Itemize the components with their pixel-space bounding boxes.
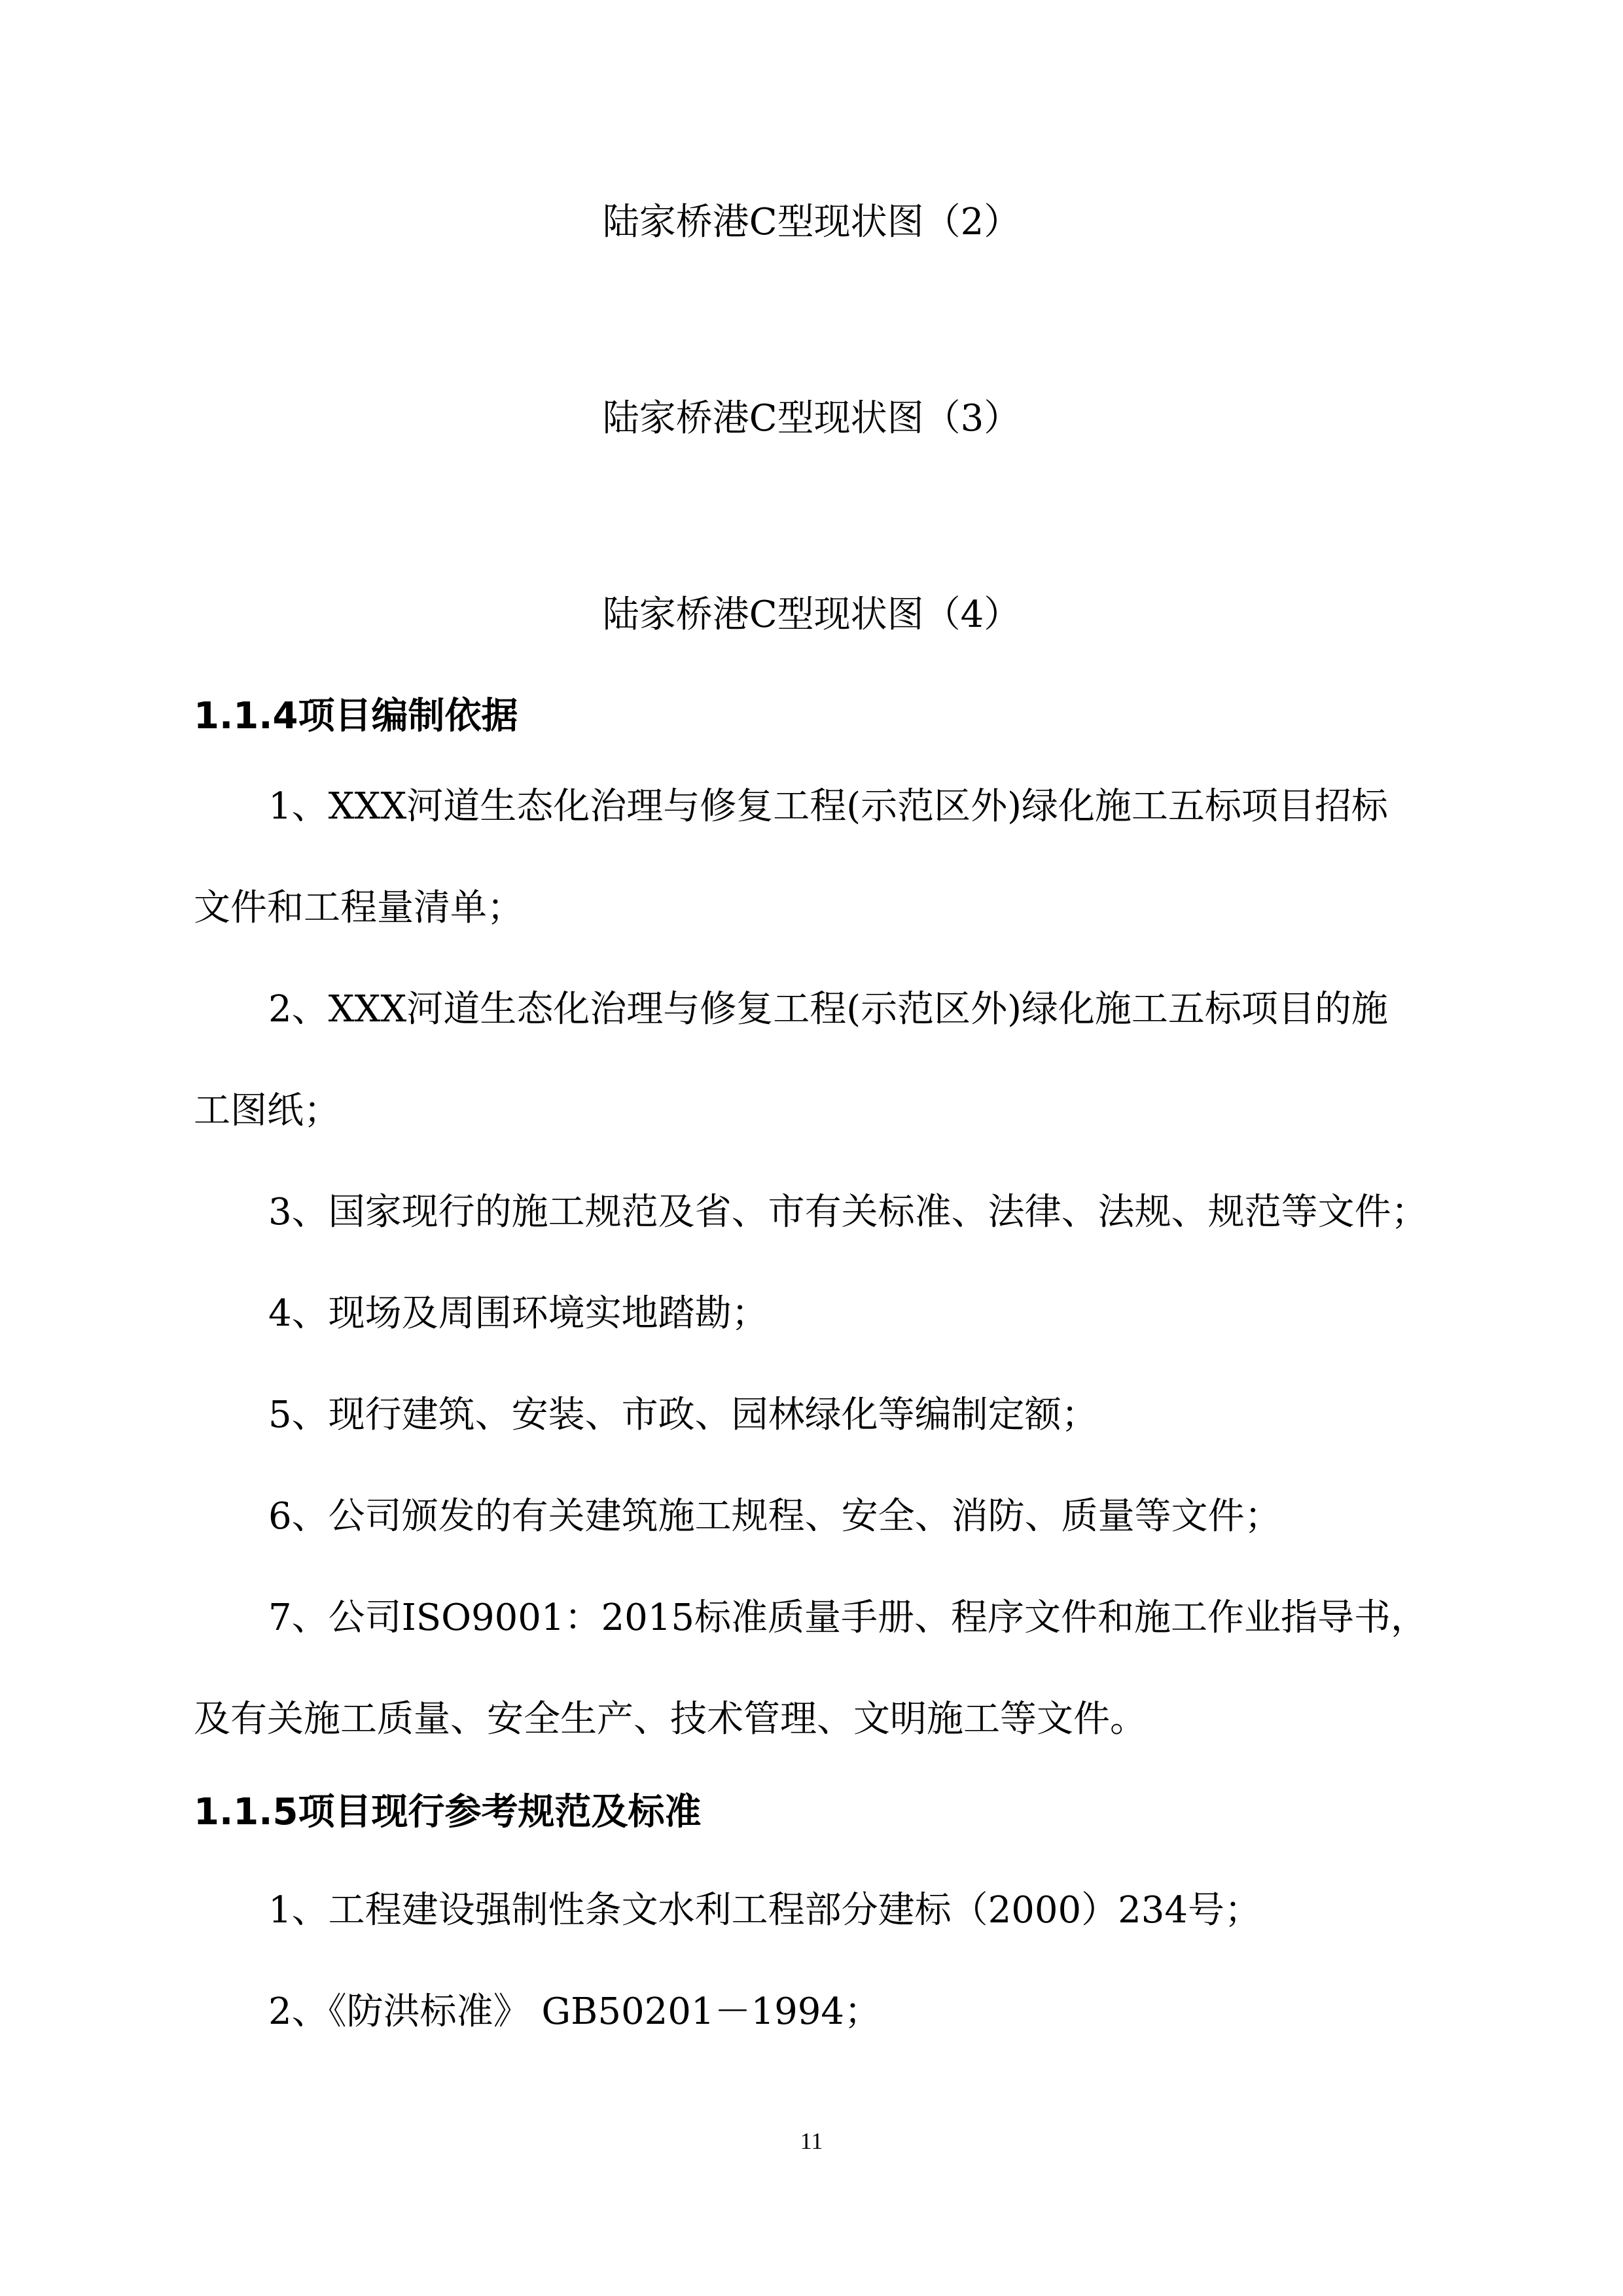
list-item-line: 1、工程建设强制性条文水利工程部分建标（2000）234号；: [268, 1888, 1261, 1934]
list-item-line: 2、XXX河道生态化治理与修复工程(示范区外)绿化施工五标项目的施: [268, 987, 1388, 1033]
list-item-line: 4、现场及周围环境实地踏勘；: [268, 1291, 768, 1337]
list-item-line: 6、公司颁发的有关建筑施工规程、安全、消防、质量等文件；: [268, 1494, 1281, 1540]
list-item-line: 1、XXX河道生态化治理与修复工程(示范区外)绿化施工五标项目招标: [268, 784, 1388, 830]
list-item-line: 7、公司ISO9001：2015标准质量手册、程序文件和施工作业指导书，: [268, 1595, 1427, 1641]
section-heading: 1.1.5项目现行参考规范及标准: [194, 1790, 701, 1835]
list-item-line: 工图纸；: [194, 1088, 340, 1134]
list-item-line: 5、现行建筑、安装、市政、园林绿化等编制定额；: [268, 1392, 1098, 1438]
list-item-line: 3、国家现行的施工规范及省、市有关标准、法律、法规、规范等文件；: [268, 1190, 1428, 1235]
page-number: 11: [0, 2127, 1623, 2155]
figure-caption: 陆家桥港C型现状图（2）: [0, 200, 1623, 245]
list-item-line: 及有关施工质量、安全生产、技术管理、文明施工等文件。: [194, 1697, 1147, 1742]
figure-caption: 陆家桥港C型现状图（3）: [0, 396, 1623, 442]
section-heading: 1.1.4项目编制依据: [194, 694, 518, 739]
document-page: 陆家桥港C型现状图（2） 陆家桥港C型现状图（3） 陆家桥港C型现状图（4） 1…: [0, 0, 1623, 2296]
list-item-line: 2、《防洪标准》 GB50201－1994；: [268, 1989, 881, 2035]
list-item-line: 文件和工程量清单；: [194, 885, 524, 931]
figure-caption: 陆家桥港C型现状图（4）: [0, 592, 1623, 638]
